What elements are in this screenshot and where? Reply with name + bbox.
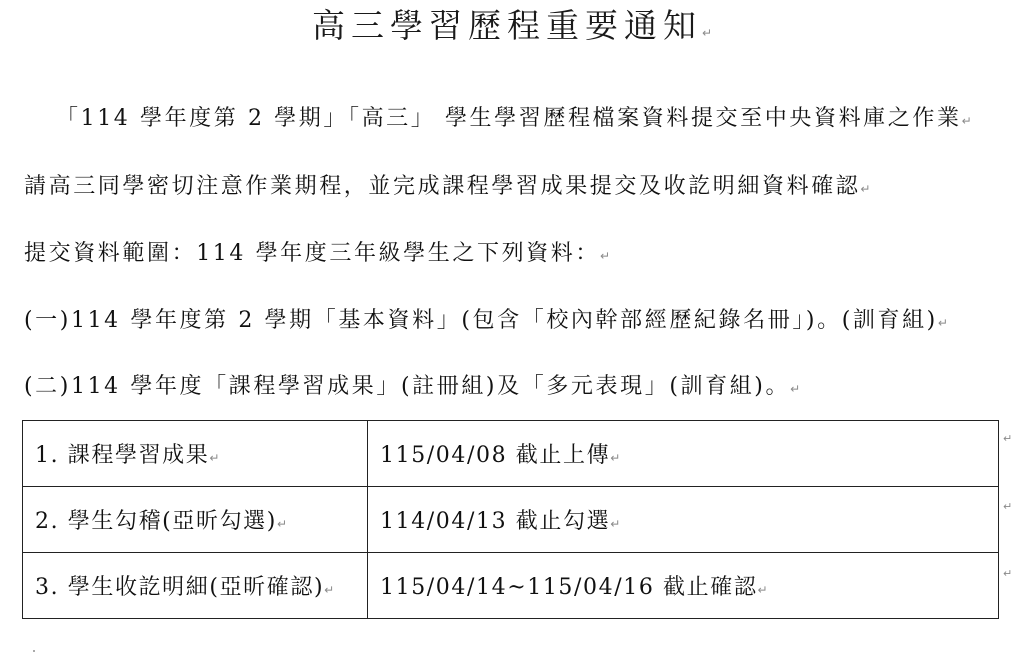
table-cell-item: 1. 課程學習成果↵ <box>23 421 368 487</box>
cell-text: 1. 課程學習成果 <box>35 443 209 468</box>
paragraph-text: 提交資料範圍：114 學年度三年級學生之下列資料： <box>24 241 600 266</box>
table-row: 3. 學生收訖明細(亞昕確認)↵ 115/04/14~115/04/16 截止確… <box>23 553 999 619</box>
schedule-table: 1. 課程學習成果↵ 115/04/08 截止上傳↵ 2. 學生勾稽(亞昕勾選)… <box>22 420 999 619</box>
paragraph-item-1: (一)114 學年度第 2 學期「基本資料」(包含「校內幹部經歷紀錄名冊」)。(… <box>24 306 948 338</box>
title-text: 高三學習歷程重要通知 <box>312 6 702 45</box>
paragraph-item-2: (二)114 學年度「課程學習成果」(註冊組)及「多元表現」(訓育組)。↵ <box>24 372 800 404</box>
paragraph-scope: 提交資料範圍：114 學年度三年級學生之下列資料：↵ <box>24 239 610 271</box>
cell-text: 2. 學生勾稽(亞昕勾選) <box>35 509 277 534</box>
cell-text: 115/04/14~115/04/16 截止確認 <box>380 575 757 600</box>
paragraph-text: 「114 學年度第 2 學期」「高三」 學生學習歷程檔案資料提交至中央資料庫之作… <box>56 106 962 131</box>
paragraph-mark-icon: ↵ <box>209 451 219 465</box>
table-cell-item: 2. 學生勾稽(亞昕勾選)↵ <box>23 487 368 553</box>
table-row: 1. 課程學習成果↵ 115/04/08 截止上傳↵ <box>23 421 999 487</box>
table-cell-deadline: 115/04/08 截止上傳↵ <box>368 421 999 487</box>
paragraph-mark-icon: ↵ <box>324 583 334 597</box>
cell-text: 3. 學生收訖明細(亞昕確認) <box>35 575 324 600</box>
paragraph-text: 請高三同學密切注意作業期程，並完成課程學習成果提交及收訖明細資料確認 <box>24 174 860 199</box>
paragraph-mark-icon: ↵ <box>860 182 870 196</box>
paragraph-instruction: 請高三同學密切注意作業期程，並完成課程學習成果提交及收訖明細資料確認↵ <box>24 172 870 204</box>
paragraph-mark-icon: ↵ <box>610 451 620 465</box>
paragraph-text: (二)114 學年度「課程學習成果」(註冊組)及「多元表現」(訓育組)。 <box>24 374 790 399</box>
paragraph-mark-icon: ↵ <box>277 517 287 531</box>
paragraph-mark-icon: ↵ <box>757 583 767 597</box>
paragraph-mark-icon: ↵ <box>600 249 610 263</box>
paragraph-text: (一)114 學年度第 2 學期「基本資料」(包含「校內幹部經歷紀錄名冊」)。(… <box>24 308 938 333</box>
document-title: 高三學習歷程重要通知↵ <box>0 4 1024 55</box>
table-cell-deadline: 114/04/13 截止勾選↵ <box>368 487 999 553</box>
table-cell-item: 3. 學生收訖明細(亞昕確認)↵ <box>23 553 368 619</box>
paragraph-mark-icon: ↵ <box>962 114 972 128</box>
row-end-mark-icon: ↵ <box>1003 500 1012 513</box>
cell-text: 114/04/13 截止勾選 <box>380 509 610 534</box>
paragraph-mark-icon: ↵ <box>938 316 948 330</box>
table-row: 2. 學生勾稽(亞昕勾選)↵ 114/04/13 截止勾選↵ <box>23 487 999 553</box>
paragraph-intro: 「114 學年度第 2 學期」「高三」 學生學習歷程檔案資料提交至中央資料庫之作… <box>56 104 972 136</box>
paragraph-mark-icon: ↵ <box>610 517 620 531</box>
row-end-mark-icon: ↵ <box>1003 432 1012 445</box>
paragraph-mark-icon: ↵ <box>790 382 800 396</box>
paragraph-mark-icon: ↵ <box>702 26 712 40</box>
table-cell-deadline: 115/04/14~115/04/16 截止確認↵ <box>368 553 999 619</box>
cell-text: 115/04/08 截止上傳 <box>380 443 610 468</box>
row-end-mark-icon: ↵ <box>1003 567 1012 580</box>
empty-paragraph-marker <box>33 650 35 652</box>
